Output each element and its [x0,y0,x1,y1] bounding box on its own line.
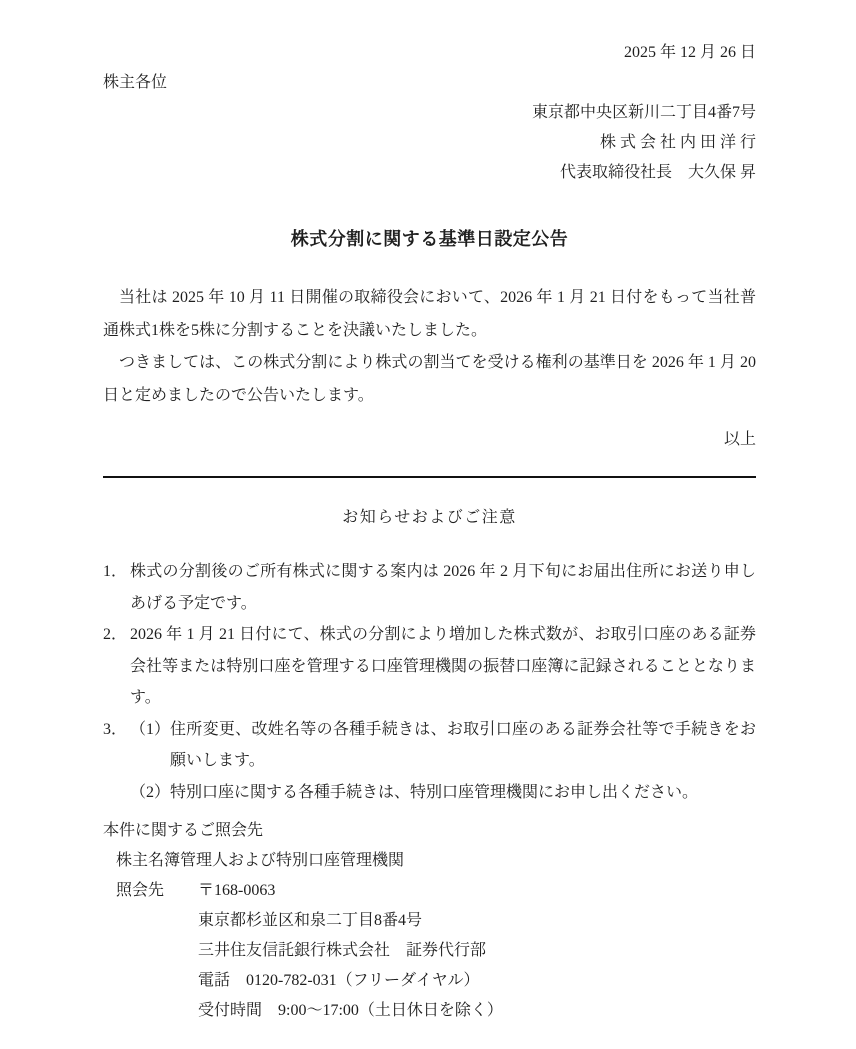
notice-item-3-subitems: （1） 住所変更、改姓名等の各種手続きは、お取引口座のある証券会社等で手続きをお… [130,714,756,809]
closing-mark: 以上 [103,424,756,456]
notice-item-3: 3． （1） 住所変更、改姓名等の各種手続きは、お取引口座のある証券会社等で手続… [103,714,756,809]
contact-line-address: 東京都杉並区和泉二丁目8番4号 [198,906,756,936]
notice-item-2: 2． 2026 年 1 月 21 日付にて、株式の分割により増加した株式数が、お… [103,619,756,714]
contact-line-bank: 三井住友信託銀行株式会社 証券代行部 [198,936,756,966]
notice-heading: お知らせおよびご注意 [103,502,756,534]
sender-block: 東京都中央区新川二丁目4番7号 株 式 会 社 内 田 洋 行 代表取締役社長 … [103,98,756,188]
sender-address: 東京都中央区新川二丁目4番7号 [103,98,756,128]
document-page: 2025 年 12 月 26 日 株主各位 東京都中央区新川二丁目4番7号 株 … [0,0,856,1049]
notice-item-2-marker: 2． [103,619,130,651]
divider-line [103,476,756,478]
notice-subitem-2: （2） 特別口座に関する各種手続きは、特別口座管理機関にお申し出ください。 [130,777,756,809]
notice-subitem-2-text: 特別口座に関する各種手続きは、特別口座管理機関にお申し出ください。 [170,777,756,809]
contact-line-hours: 受付時間 9:00～17:00（土日休日を除く） [198,996,756,1026]
contact-row: 照会先 〒168-0063 東京都杉並区和泉二丁目8番4号 三井住友信託銀行株式… [116,876,756,1026]
notice-item-1-marker: 1． [103,556,130,588]
body-paragraph-2: つきましては、この株式分割により株式の割当てを受ける権利の基準日を 2026 年… [103,347,756,412]
contact-line-phone: 電話 0120-782-031（フリーダイヤル） [198,966,756,996]
body-paragraph-1: 当社は 2025 年 10 月 11 日開催の取締役会において、2026 年 1… [103,282,756,347]
contact-label: 照会先 [116,876,198,906]
notice-item-3-marker: 3． [103,714,130,746]
document-content: 2025 年 12 月 26 日 株主各位 東京都中央区新川二丁目4番7号 株 … [0,0,856,1026]
notice-item-1-text: 株式の分割後のご所有株式に関する案内は 2026 年 2 月下旬にお届出住所にお… [130,556,756,619]
contact-subheading: 株主名簿管理人および特別口座管理機関 [116,846,756,876]
notice-item-1: 1． 株式の分割後のご所有株式に関する案内は 2026 年 2 月下旬にお届出住… [103,556,756,619]
document-title: 株式分割に関する基準日設定公告 [103,226,756,252]
contact-section: 本件に関するご照会先 株主名簿管理人および特別口座管理機関 照会先 〒168-0… [103,816,756,1026]
notice-subitem-1-marker: （1） [130,714,170,746]
contact-line-postal: 〒168-0063 [198,876,756,906]
contact-heading: 本件に関するご照会先 [103,816,756,846]
notice-list: 1． 株式の分割後のご所有株式に関する案内は 2026 年 2 月下旬にお届出住… [103,556,756,808]
notice-item-2-text: 2026 年 1 月 21 日付にて、株式の分割により増加した株式数が、お取引口… [130,619,756,714]
sender-company: 株 式 会 社 内 田 洋 行 [103,128,756,158]
notice-subitem-1: （1） 住所変更、改姓名等の各種手続きは、お取引口座のある証券会社等で手続きをお… [130,714,756,777]
document-body: 当社は 2025 年 10 月 11 日開催の取締役会において、2026 年 1… [103,282,756,412]
sender-representative: 代表取締役社長 大久保 昇 [103,158,756,188]
notice-subitem-2-marker: （2） [130,777,170,809]
notice-subitem-1-text: 住所変更、改姓名等の各種手続きは、お取引口座のある証券会社等で手続きをお願いしま… [170,714,756,777]
document-date: 2025 年 12 月 26 日 [103,38,756,68]
salutation: 株主各位 [103,68,756,98]
contact-lines: 〒168-0063 東京都杉並区和泉二丁目8番4号 三井住友信託銀行株式会社 証… [198,876,756,1026]
